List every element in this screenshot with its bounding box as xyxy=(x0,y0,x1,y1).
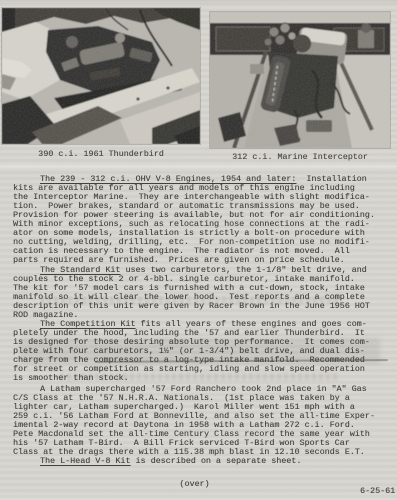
photo-caption-marine: 312 c.i. Marine Interceptor xyxy=(210,152,390,162)
paragraph-standard-kit-text: uses two carburetors, the 1-1/8" belt dr… xyxy=(13,265,370,320)
thunderbird-engine-photo xyxy=(2,8,200,144)
paragraph-ohv-v8-engines: The 239 - 312 c.i. OHV V-8 Engines, 1954… xyxy=(13,175,389,265)
paragraph-standard-kit: The Standard Kit uses two carburetors, t… xyxy=(13,266,389,320)
date-stamp: 6-25-61 xyxy=(360,486,395,496)
paragraph-l-head-kit-text: is described on a separate sheet. xyxy=(130,456,301,466)
thunderbird-engine-photo-image xyxy=(2,8,200,144)
over-note: (over) xyxy=(0,479,389,489)
paragraph-competition-kit: The Competition Kit fits all years of th… xyxy=(13,320,389,383)
paragraph-ohv-v8-engines-text: Installation kits are available for all … xyxy=(13,174,375,265)
scanned-document-page: 390 c.i. 1961 Thunderbird 312 c.i. Marin… xyxy=(0,0,397,500)
paragraph-l-head-kit: The L-Head V-8 Kit is described on a sep… xyxy=(13,457,389,466)
marine-interceptor-photo-image xyxy=(210,12,390,148)
photo-caption-thunderbird: 390 c.i. 1961 Thunderbird xyxy=(2,149,200,159)
marine-interceptor-photo xyxy=(210,12,390,148)
paragraph-competition-kit-text: fits all years of these engines and goes… xyxy=(13,319,370,383)
paragraph-latham-records: A Latham supercharged '57 Ford Ranchero … xyxy=(13,385,389,457)
scan-light-band xyxy=(0,165,397,168)
underlined-heading-l-head-kit: The L-Head V-8 Kit xyxy=(40,456,130,466)
